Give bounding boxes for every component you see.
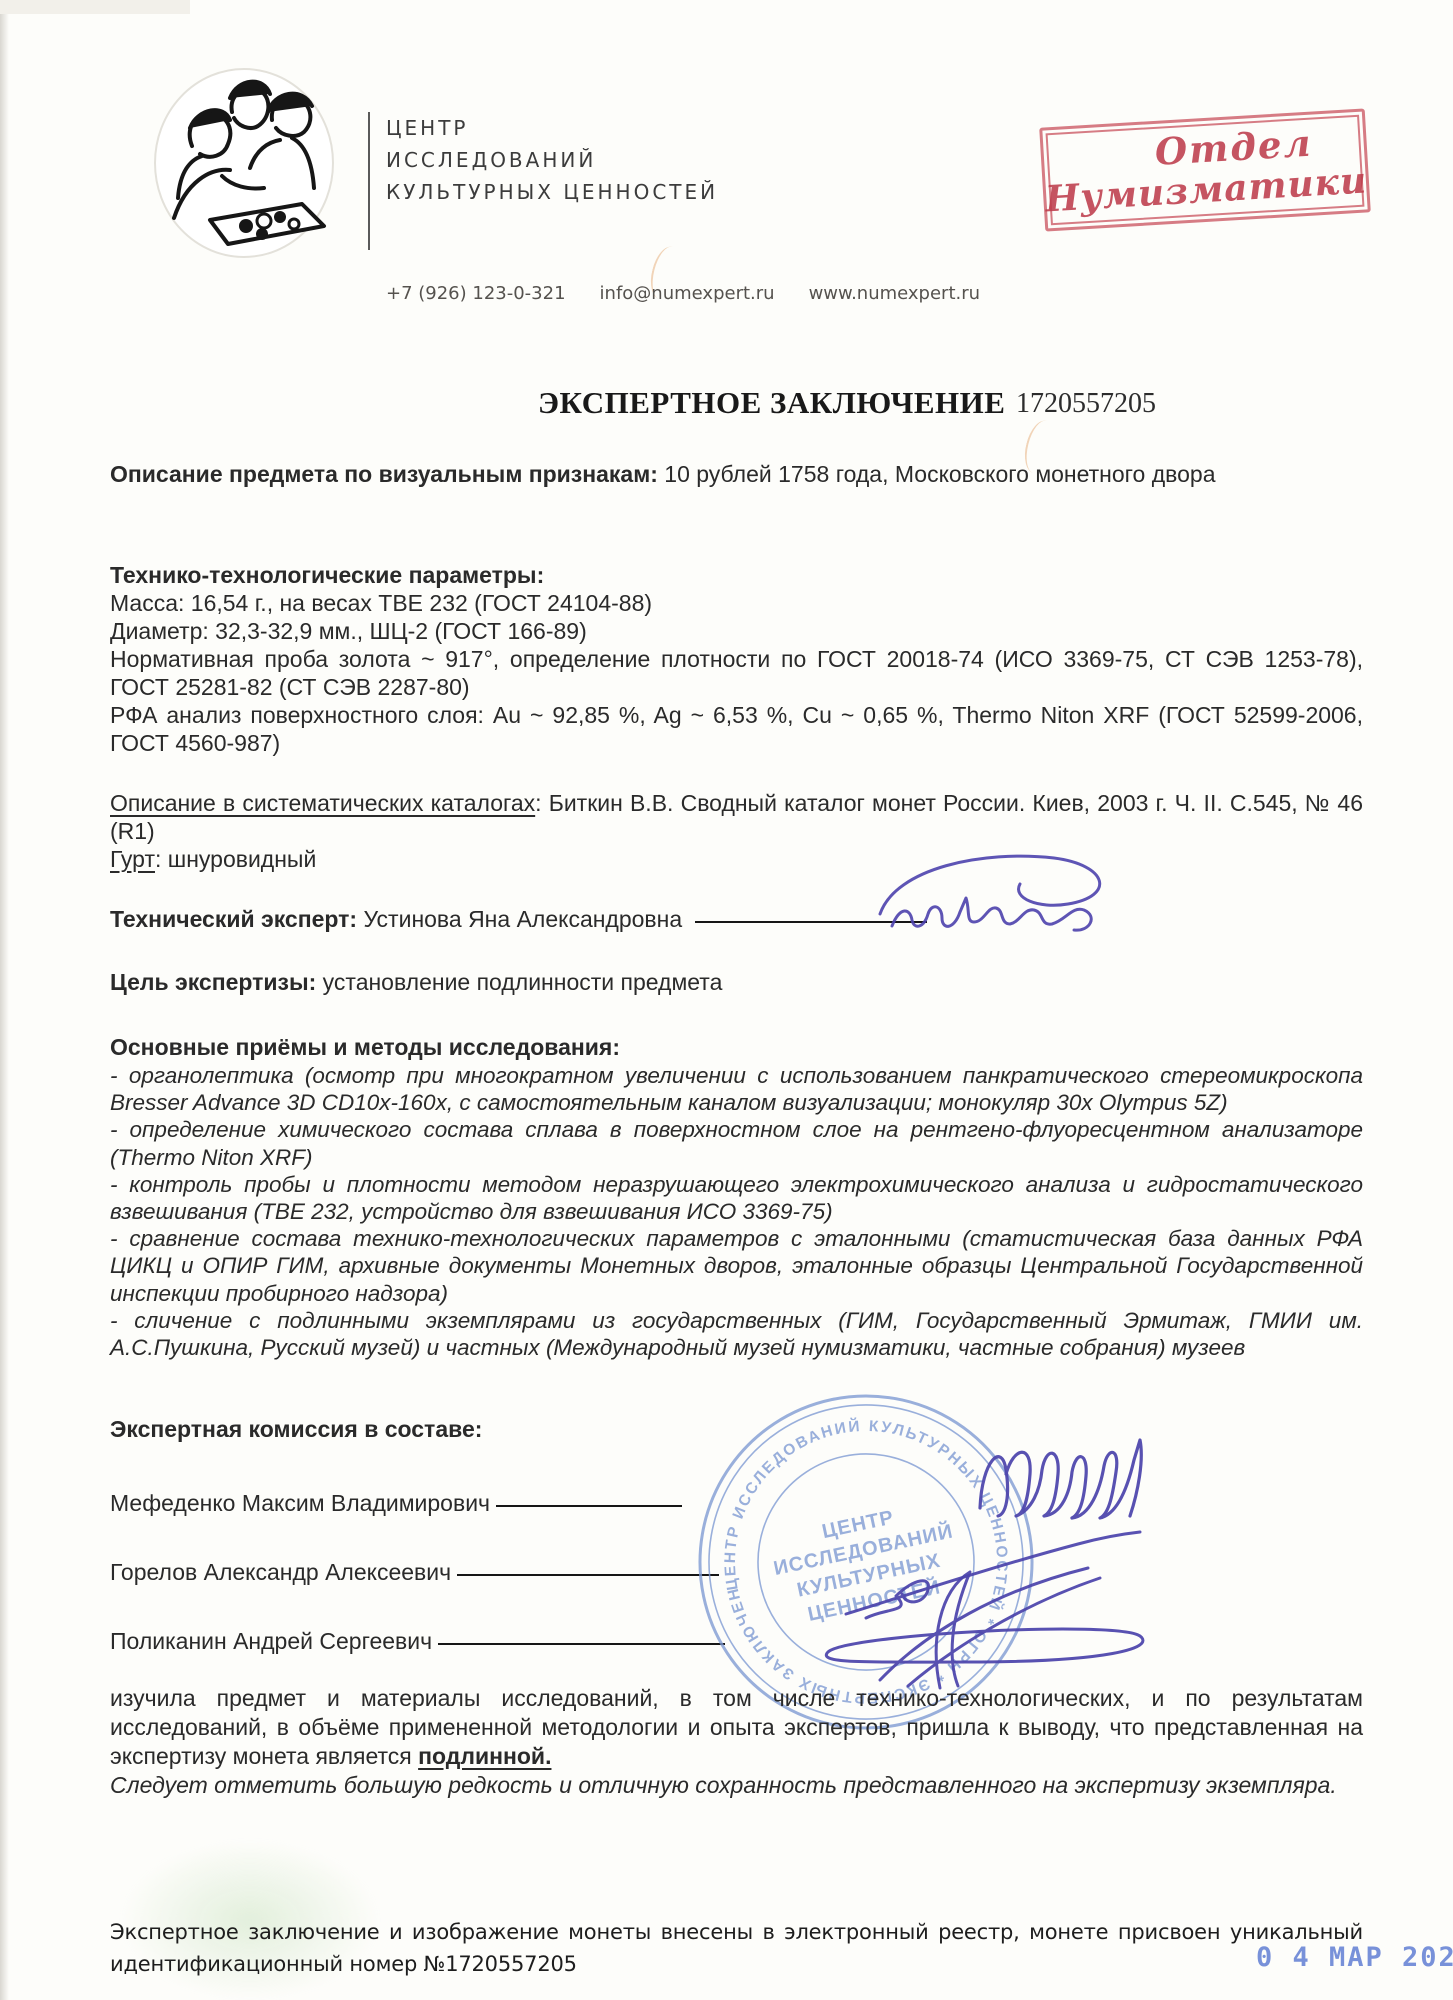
conclusion-note: Следует отметить большую редкость и отли… bbox=[110, 1771, 1363, 1800]
scan-edge bbox=[0, 0, 9, 2000]
commission-member-row: Поликанин Андрей Сергеевич bbox=[110, 1628, 725, 1655]
header-divider bbox=[368, 112, 370, 250]
conclusion-verdict: подлинной. bbox=[418, 1743, 551, 1769]
parameter-line-xrf: РФА анализ поверхностного слоя: Au ~ 92,… bbox=[110, 701, 1363, 757]
date-stamp: 0 4 МАР 2020 bbox=[1256, 1942, 1453, 1973]
purpose-label: Цель экспертизы: bbox=[110, 969, 316, 995]
contact-row: +7 (926) 123-0-321 info@numexpert.ru www… bbox=[386, 283, 980, 304]
commission-member-row: Мефеденко Максим Владимирович bbox=[110, 1490, 682, 1517]
document-title: ЭКСПЕРТНОЕ ЗАКЛЮЧЕНИЕ bbox=[538, 385, 1005, 421]
document-number: 1720557205 bbox=[1016, 388, 1156, 420]
member-signature-line bbox=[438, 1643, 725, 1645]
member-signature bbox=[788, 1560, 1168, 1692]
visual-description-value: 10 рублей 1758 года, Московского монетно… bbox=[658, 461, 1216, 487]
method-item: - сравнение состава технико-технологичес… bbox=[110, 1225, 1363, 1307]
methods-heading: Основные приёмы и методы исследования: bbox=[110, 1032, 1363, 1062]
org-name: ЦЕНТР ИССЛЕДОВАНИЙ КУЛЬТУРНЫХ ЦЕННОСТЕЙ bbox=[386, 112, 718, 208]
catalog-reference-label: Описание в систематических каталогах bbox=[110, 790, 535, 816]
commission-member-name: Поликанин Андрей Сергеевич bbox=[110, 1628, 432, 1654]
edge-value: : шнуровидный bbox=[155, 846, 316, 872]
purpose-value: установление подлинности предмета bbox=[316, 969, 722, 995]
scan-edge-top bbox=[0, 0, 190, 14]
edge-label: Гурт bbox=[110, 846, 155, 872]
conclusion-text: изучила предмет и материалы исследований… bbox=[110, 1685, 1363, 1769]
technical-expert-name: Устинова Яна Александровна bbox=[357, 906, 688, 932]
member-signature-line bbox=[496, 1505, 682, 1507]
website-url: www.numexpert.ru bbox=[809, 283, 980, 304]
methods-section: Основные приёмы и методы исследования: -… bbox=[110, 1032, 1363, 1361]
round-stamp-center-line: ЦЕНТР bbox=[820, 1506, 896, 1543]
parameter-line-diameter: Диаметр: 32,3-32,9 мм., ШЦ-2 (ГОСТ 166-8… bbox=[110, 617, 1363, 645]
visual-description-label: Описание предмета по визуальным признака… bbox=[110, 461, 658, 487]
catalog-reference-section: Описание в систематических каталогах: Би… bbox=[110, 789, 1363, 873]
member-signature-line bbox=[457, 1574, 719, 1576]
method-item: - контроль пробы и плотности методом нер… bbox=[110, 1171, 1363, 1225]
member-signature bbox=[838, 1528, 1148, 1620]
commission-member-name: Горелов Александр Алексеевич bbox=[110, 1559, 451, 1585]
org-name-line: ИССЛЕДОВАНИЙ bbox=[386, 144, 718, 176]
parameter-line-mass: Масса: 16,54 г., на весах ТВЕ 232 (ГОСТ … bbox=[110, 589, 1363, 617]
visual-description-paragraph: Описание предмета по визуальным признака… bbox=[110, 460, 1363, 489]
methods-list: - органолептика (осмотр при многократном… bbox=[110, 1062, 1363, 1361]
parameter-line-fineness: Нормативная проба золота ~ 917°, определ… bbox=[110, 645, 1363, 701]
technical-expert-label: Технический эксперт: bbox=[110, 906, 357, 932]
org-name-line: КУЛЬТУРНЫХ ЦЕННОСТЕЙ bbox=[386, 176, 718, 208]
commission-member-name: Мефеденко Максим Владимирович bbox=[110, 1490, 490, 1516]
technical-parameters-heading: Технико-технологические параметры: bbox=[110, 561, 1363, 589]
org-name-line: ЦЕНТР bbox=[386, 112, 718, 144]
method-item: - сличение с подлинными экземплярами из … bbox=[110, 1307, 1363, 1361]
numismatics-department-stamp: Отдел Нумизматики bbox=[1039, 108, 1371, 231]
round-stamp-center-line: КУЛЬТУРНЫХ bbox=[795, 1550, 943, 1602]
method-item: - определение химического состава сплава… bbox=[110, 1116, 1363, 1170]
purpose-row: Цель экспертизы: установление подлинност… bbox=[110, 968, 1363, 997]
round-stamp-center-line: ИССЛЕДОВАНИЙ bbox=[771, 1519, 955, 1581]
technical-expert-row: Технический эксперт: Устинова Яна Алекса… bbox=[110, 905, 1363, 934]
phone-number: +7 (926) 123-0-321 bbox=[386, 283, 566, 304]
technical-parameters-section: Технико-технологические параметры: Масса… bbox=[110, 561, 1363, 757]
email-address: info@numexpert.ru bbox=[600, 283, 775, 304]
org-logo bbox=[152, 66, 336, 260]
numismatics-department-stamp-text: Отдел Нумизматики bbox=[1046, 115, 1365, 225]
technical-expert-signature-line bbox=[695, 921, 927, 923]
commission-member-row: Горелов Александр Алексеевич bbox=[110, 1559, 719, 1586]
edge-line: Гурт: шнуровидный bbox=[110, 845, 1363, 873]
conclusion-paragraph: изучила предмет и материалы исследований… bbox=[110, 1684, 1363, 1800]
round-stamp-center-line: ЦЕННОСТЕЙ bbox=[805, 1574, 942, 1626]
registry-note: Экспертное заключение и изображение моне… bbox=[110, 1916, 1363, 1980]
expert-conclusion-document: ЦЕНТР ИССЛЕДОВАНИЙ КУЛЬТУРНЫХ ЦЕННОСТЕЙ … bbox=[0, 0, 1453, 2000]
catalog-reference-paragraph: Описание в систематических каталогах: Би… bbox=[110, 789, 1363, 845]
commission-heading: Экспертная комиссия в составе: bbox=[110, 1415, 1363, 1444]
method-item: - органолептика (осмотр при многократном… bbox=[110, 1062, 1363, 1116]
